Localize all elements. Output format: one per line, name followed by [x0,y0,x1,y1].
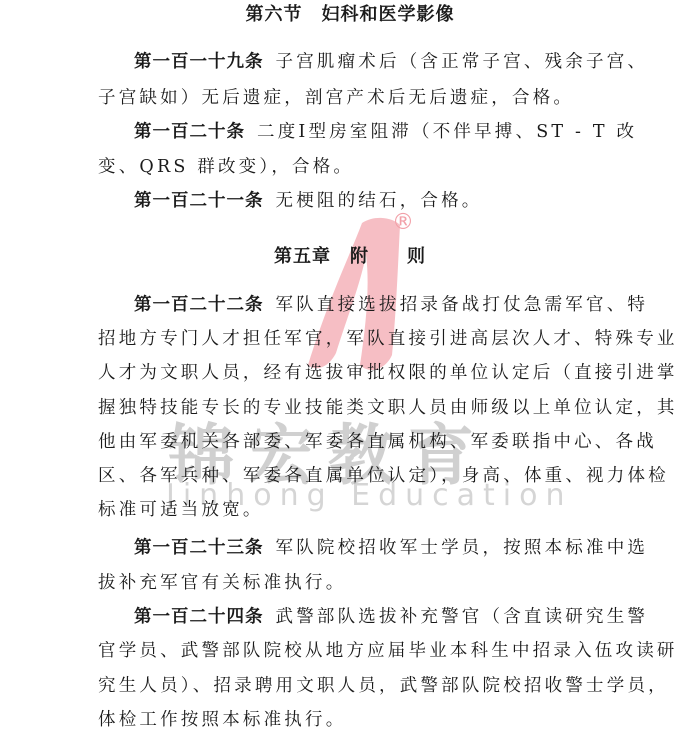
article-122-line-1: 第一百二十二条军队直接选拔招录备战打仗急需军官、特 [134,294,614,316]
watermark-registered-mark: ® [392,210,414,235]
article-122-line-4: 握独特技能专长的专业技能类文职人员由师级以上单位认定，其 [98,397,614,419]
article-122-line-7: 标准可适当放宽。 [98,499,614,521]
article-124-line-3: 究生人员）、招录聘用文职人员，武警部队院校招收警士学员， [98,675,614,697]
article-119-line-2: 子宫缺如）无后遗症，剖宫产术后无后遗症，合格。 [98,87,614,109]
article-number: 第一百二十三条 [134,538,264,558]
section-title: 第六节 妇科和医学影像 [0,0,700,26]
article-121-line-1: 第一百二十一条无梗阻的结石，合格。 [134,190,614,212]
article-124-line-2: 官学员、武警部队院校从地方应届毕业本科生中招录入伍攻读研 [98,640,614,662]
article-122-line-2: 招地方专门人才担任军官，军队直接引进高层次人才、特殊专业 [98,328,614,350]
article-number: 第一百一十九条 [134,52,264,72]
article-123-line-2: 拔补充军官有关标准执行。 [98,572,614,594]
article-119-line-1: 第一百一十九条子宫肌瘤术后（含正常子宫、残余子宫、 [134,51,614,73]
document-page: ® 锦宏教育 Jinhong Education 第六节 妇科和医学影像 第一百… [0,0,700,732]
article-124-line-1: 第一百二十四条武警部队选拔补充警官（含直读研究生警 [134,606,614,628]
article-number: 第一百二十条 [134,122,245,142]
article-number: 第一百二十一条 [134,191,264,211]
article-124-line-4: 体检工作按照本标准执行。 [98,709,614,731]
article-122-line-5: 他由军委机关各部委、军委各直属机构、军委联指中心、各战 [98,431,614,453]
article-120-line-2: 变、QRS 群改变），合格。 [98,156,614,178]
article-123-line-1: 第一百二十三条军队院校招收军士学员，按照本标准中选 [134,537,614,559]
article-number: 第一百二十二条 [134,295,264,315]
article-122-line-6: 区、各军兵种、军委各直属单位认定），身高、体重、视力体检 [98,465,614,487]
article-number: 第一百二十四条 [134,607,264,627]
chapter-title: 第五章 附 则 [0,242,700,268]
article-120-line-1: 第一百二十条二度Ⅰ型房室阻滞（不伴早搏、ST - T 改 [134,121,614,143]
article-122-line-3: 人才为文职人员，经有选拔审批权限的单位认定后（直接引进掌 [98,362,614,384]
